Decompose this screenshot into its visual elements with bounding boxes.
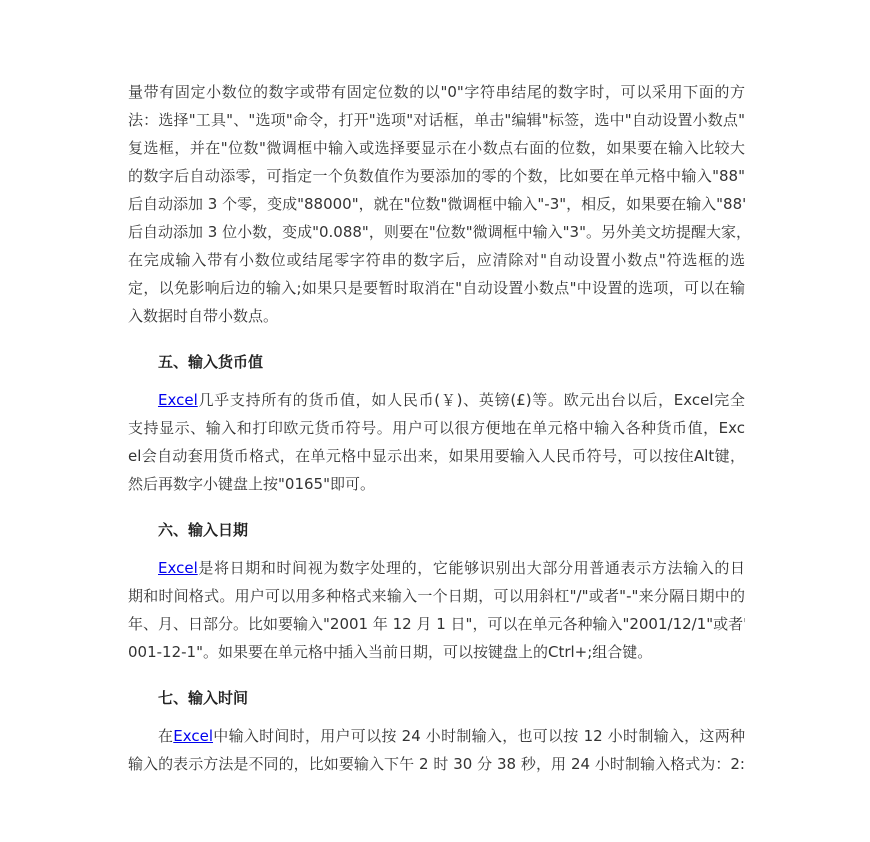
text-segment: 是将日期和时间视为数字处理的，它能够识别出大部分用普通表示方法输入的日	[198, 559, 745, 577]
text-line: 法：选择"工具"、"选项"命令，打开"选项"对话框，单击"编辑"标签，选中"自动…	[128, 106, 745, 134]
text-line: 的数字后自动添零，可指定一个负数值作为要添加的零的个数，比如要在单元格中输入"8…	[128, 162, 745, 190]
paragraph-time: 在Excel中输入时间时，用户可以按 24 小时制输入，也可以按 12 小时制输…	[128, 722, 745, 778]
paragraph-currency: Excel几乎支持所有的货币值，如人民币(￥)、英镑(£)等。欧元出台以后，Ex…	[128, 386, 745, 498]
excel-link[interactable]: Excel	[158, 391, 198, 409]
text-line: 入数据时自带小数点。	[128, 302, 745, 330]
text-segment: 中输入时间时，用户可以按 24 小时制输入，也可以按 12 小时制输入，这两种	[213, 727, 745, 745]
text-line: 期和时间格式。用户可以用多种格式来输入一个日期，可以用斜杠"/"或者"-"来分隔…	[128, 582, 745, 610]
text-line: Excel几乎支持所有的货币值，如人民币(￥)、英镑(£)等。欧元出台以后，Ex…	[128, 386, 745, 414]
text-line: Excel是将日期和时间视为数字处理的，它能够识别出大部分用普通表示方法输入的日	[128, 554, 745, 582]
text-line: 定，以免影响后边的输入;如果只是要暂时取消在"自动设置小数点"中设置的选项，可以…	[128, 274, 745, 302]
excel-link[interactable]: Excel	[173, 727, 213, 745]
excel-link[interactable]: Excel	[158, 559, 198, 577]
text-line: 001-12-1"。如果要在单元格中插入当前日期，可以按键盘上的Ctrl+;组合…	[128, 638, 745, 666]
text-line: 支持显示、输入和打印欧元货币符号。用户可以很方便地在单元格中输入各种货币值，Ex…	[128, 414, 745, 442]
text-line: el会自动套用货币格式，在单元格中显示出来，如果用要输入人民币符号，可以按住Al…	[128, 442, 745, 470]
text-line: 量带有固定小数位的数字或带有固定位数的以"0"字符串结尾的数字时，可以采用下面的…	[128, 78, 745, 106]
text-line: 年、月、日部分。比如要输入"2001 年 12 月 1 日"，可以在单元各种输入…	[128, 610, 745, 638]
text-line: 然后再数字小键盘上按"0165"即可。	[128, 470, 745, 498]
paragraph-auto-decimal: 量带有固定小数位的数字或带有固定位数的以"0"字符串结尾的数字时，可以采用下面的…	[128, 78, 745, 330]
section-heading-date: 六、输入日期	[128, 516, 745, 544]
text-segment: 几乎支持所有的货币值，如人民币(￥)、英镑(£)等。欧元出台以后，Excel完全	[198, 391, 745, 409]
text-line: 后自动添加 3 位小数，变成"0.088"，则要在"位数"微调框中输入"3"。另…	[128, 218, 745, 246]
section-heading-currency: 五、输入货币值	[128, 348, 745, 376]
text-line: 后自动添加 3 个零，变成"88000"，就在"位数"微调框中输入"-3"，相反…	[128, 190, 745, 218]
text-line: 在Excel中输入时间时，用户可以按 24 小时制输入，也可以按 12 小时制输…	[128, 722, 745, 750]
paragraph-date: Excel是将日期和时间视为数字处理的，它能够识别出大部分用普通表示方法输入的日…	[128, 554, 745, 666]
text-line: 输入的表示方法是不同的，比如要输入下午 2 时 30 分 38 秒，用 24 小…	[128, 750, 745, 778]
text-line: 复选框，并在"位数"微调框中输入或选择要显示在小数点右面的位数，如果要在输入比较…	[128, 134, 745, 162]
section-heading-time: 七、输入时间	[128, 684, 745, 712]
document-page: 量带有固定小数位的数字或带有固定位数的以"0"字符串结尾的数字时，可以采用下面的…	[0, 0, 870, 842]
text-line: 在完成输入带有小数位或结尾零字符串的数字后，应清除对"自动设置小数点"符选框的选	[128, 246, 745, 274]
text-segment: 在	[158, 727, 173, 745]
